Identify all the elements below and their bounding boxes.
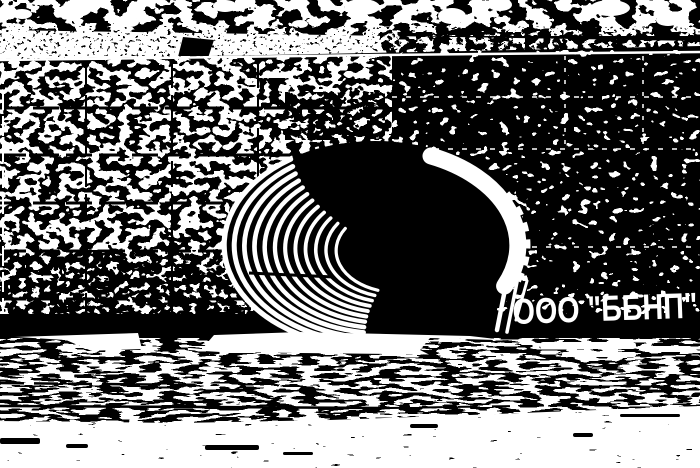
culvert-tunnel [222,140,528,349]
company-label: ООО "ББНП" [512,285,698,332]
culvert-photo: ООО "ББНП" [0,0,700,468]
foreground-sand [0,400,700,468]
photo-canvas: ООО "ББНП" [0,0,700,468]
